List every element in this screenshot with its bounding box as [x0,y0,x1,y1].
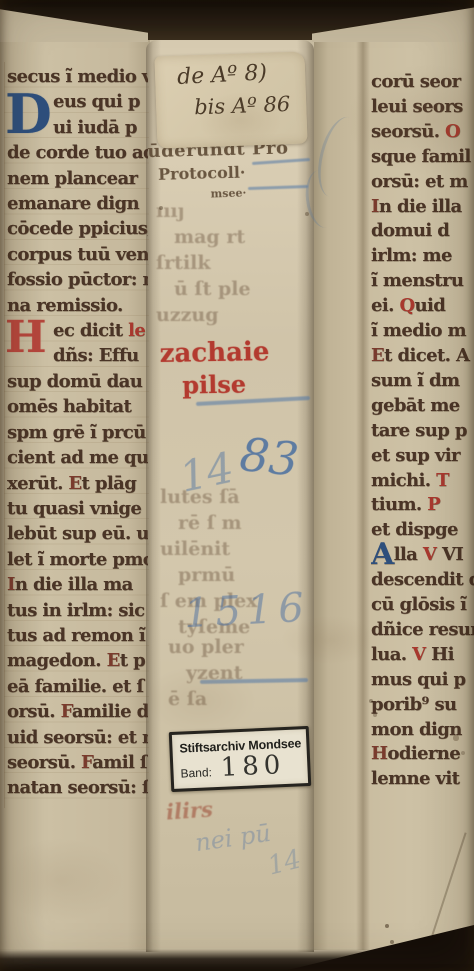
manuscript-text-line: porib⁹ su [371,693,474,718]
manuscript-text-line: Deus qui p [7,89,148,114]
spine-red-title: zachaie pilse [159,336,270,402]
manuscript-text-line: cū glōsis ĩ [371,593,474,618]
manuscript-text-line: seorsū. Famil ſ [7,750,148,775]
manuscript-text-line: uid seorsū: et m [7,725,148,750]
manuscript-text-line: ei. Quid [371,294,474,319]
manuscript-text-line: michi. T [371,469,474,494]
archive-label-band-number: 180 [220,752,286,781]
manuscript-text-line: Hodierne [371,742,474,767]
manuscript-text-line: ıııȷ [156,198,296,224]
manuscript-text-line: In die illa [371,195,474,220]
manuscript-text-line: ui iudā p [7,115,148,140]
manuscript-text-line: ĩ medio m [371,319,474,344]
manuscript-text-line: lemne vit [371,767,474,792]
manuscript-text-line: uilēnit [160,536,306,562]
manuscript-text-line: sum ĩ dm [371,369,474,394]
manuscript-text-line: lua. V Hi [371,643,474,668]
manuscript-text-line: irlm: me [371,244,474,269]
manuscript-text-line: cient ad me qu [7,445,148,470]
manuscript-text-line: eā familie. et ſ [7,674,148,699]
manuscript-text-line: mag rt [174,224,296,250]
old-label-line3: msee· [210,185,310,201]
manuscript-text-line: uo pler [168,634,304,660]
right-page-text-column: corū seorleui seorsseorsū. Osque familor… [371,70,474,796]
manuscript-text-line: magedon. Et p [7,648,148,673]
pencil-number-83: 83 [237,427,301,487]
manuscript-text-line: seorsū. O [371,120,474,145]
manuscript-text-line: de corde tuo aq [7,140,148,165]
archive-label: Stiftsarchiv Mondsee Band: 180 [169,726,311,792]
manuscript-text-line: ē ſa [168,686,304,712]
spine-faded-text-lower: uo pleryzentē ſa [168,634,304,712]
manuscript-text-line: lebūt sup eū. u [7,521,148,546]
manuscript-text-line: emanare dign [7,191,148,216]
spine-red-title-line1: zachaie [159,336,269,370]
manuscript-text-line: descendit d [371,568,474,593]
manuscript-text-line: omēs habitat [7,394,148,419]
manuscript-text-line: orsū. Familie d [7,699,148,724]
manuscript-text-line: Hec dicit le [7,318,148,343]
manuscript-text-line: tu quasi vnige [7,496,148,521]
manuscript-text-line: ſrtilk [156,250,296,276]
manuscript-text-line: dñice resur [371,618,474,643]
manuscript-text-line: ū ſt ple [174,276,296,302]
spine-red-title-line2: pilse [182,368,270,402]
manuscript-text-line: sup domū dau [7,369,148,394]
archive-label-band-caption: Band: [180,765,212,780]
manuscript-text-line: orsū: et m [371,170,474,195]
manuscript-text-line: fossio pūctor: m [7,267,148,292]
manuscript-text-line: et sup vir [371,444,474,469]
manuscript-text-line: spm grē ĩ prcū [7,420,148,445]
spine-date-label-line1: de Aº 8) [177,58,306,90]
manuscript-text-line: domui d [371,219,474,244]
manuscript-text-line: ĩ menstru [371,269,474,294]
manuscript-text-line: In die illa ma [7,572,148,597]
manuscript-text-line: tus ad remon ĩ [7,623,148,648]
manuscript-text-line: Et dicet. A [371,344,474,369]
spine-date-label-line2: bis Aº 86 [194,91,307,119]
manuscript-text-line: corū seor [371,70,474,95]
manuscript-text-line: tium. P [371,493,474,518]
manuscript-text-line: uzzug [156,302,296,328]
manuscript-text-line: tare sup p [371,419,474,444]
old-label-line2: Protocoll· [158,161,310,184]
manuscript-text-line: sque famil [371,145,474,170]
manuscript-text-line: let ĩ morte pmo [7,547,148,572]
manuscript-text-line: corpus tuū vene [7,242,148,267]
manuscript-text-line: cōcede ppicius, [7,216,148,241]
manuscript-text-line: Alla V VI [371,543,474,568]
manuscript-text-line: rē ſ m [178,510,306,536]
right-page-fold-shadow [356,38,370,950]
manuscript-text-line: nem plancear [7,166,148,191]
pencil-number-1516: 1516 [183,585,311,638]
manuscript-text-line: leui seors [371,95,474,120]
manuscript-text-line: natan seorsū: ſ [7,775,148,800]
spine-date-label: de Aº 8) bis Aº 86 [154,51,307,148]
spine-faded-text-upper: ıııȷmag rtſrtilkū ſt pleuzzug [156,198,296,328]
manuscript-text-line: mus qui p [371,668,474,693]
manuscript-text-line: mon dign [371,718,474,743]
manuscript-text-line: dñs: Effu [7,343,148,368]
manuscript-text-line: prmū [178,562,306,588]
left-page-text-column: secus ĩ medio vDeus qui pui iudā pde cor… [7,64,148,808]
manuscript-text-line: gebāt me [371,394,474,419]
spine-faded-red-mark: ilirs [165,796,213,824]
manuscript-text-line: tus in irlm: sic [7,598,148,623]
manuscript-text-line: xerūt. Et plāg [7,471,148,496]
manuscript-book-photo: secus ĩ medio vDeus qui pui iudā pde cor… [0,0,474,971]
archive-label-band-row: Band: 180 [180,751,304,782]
